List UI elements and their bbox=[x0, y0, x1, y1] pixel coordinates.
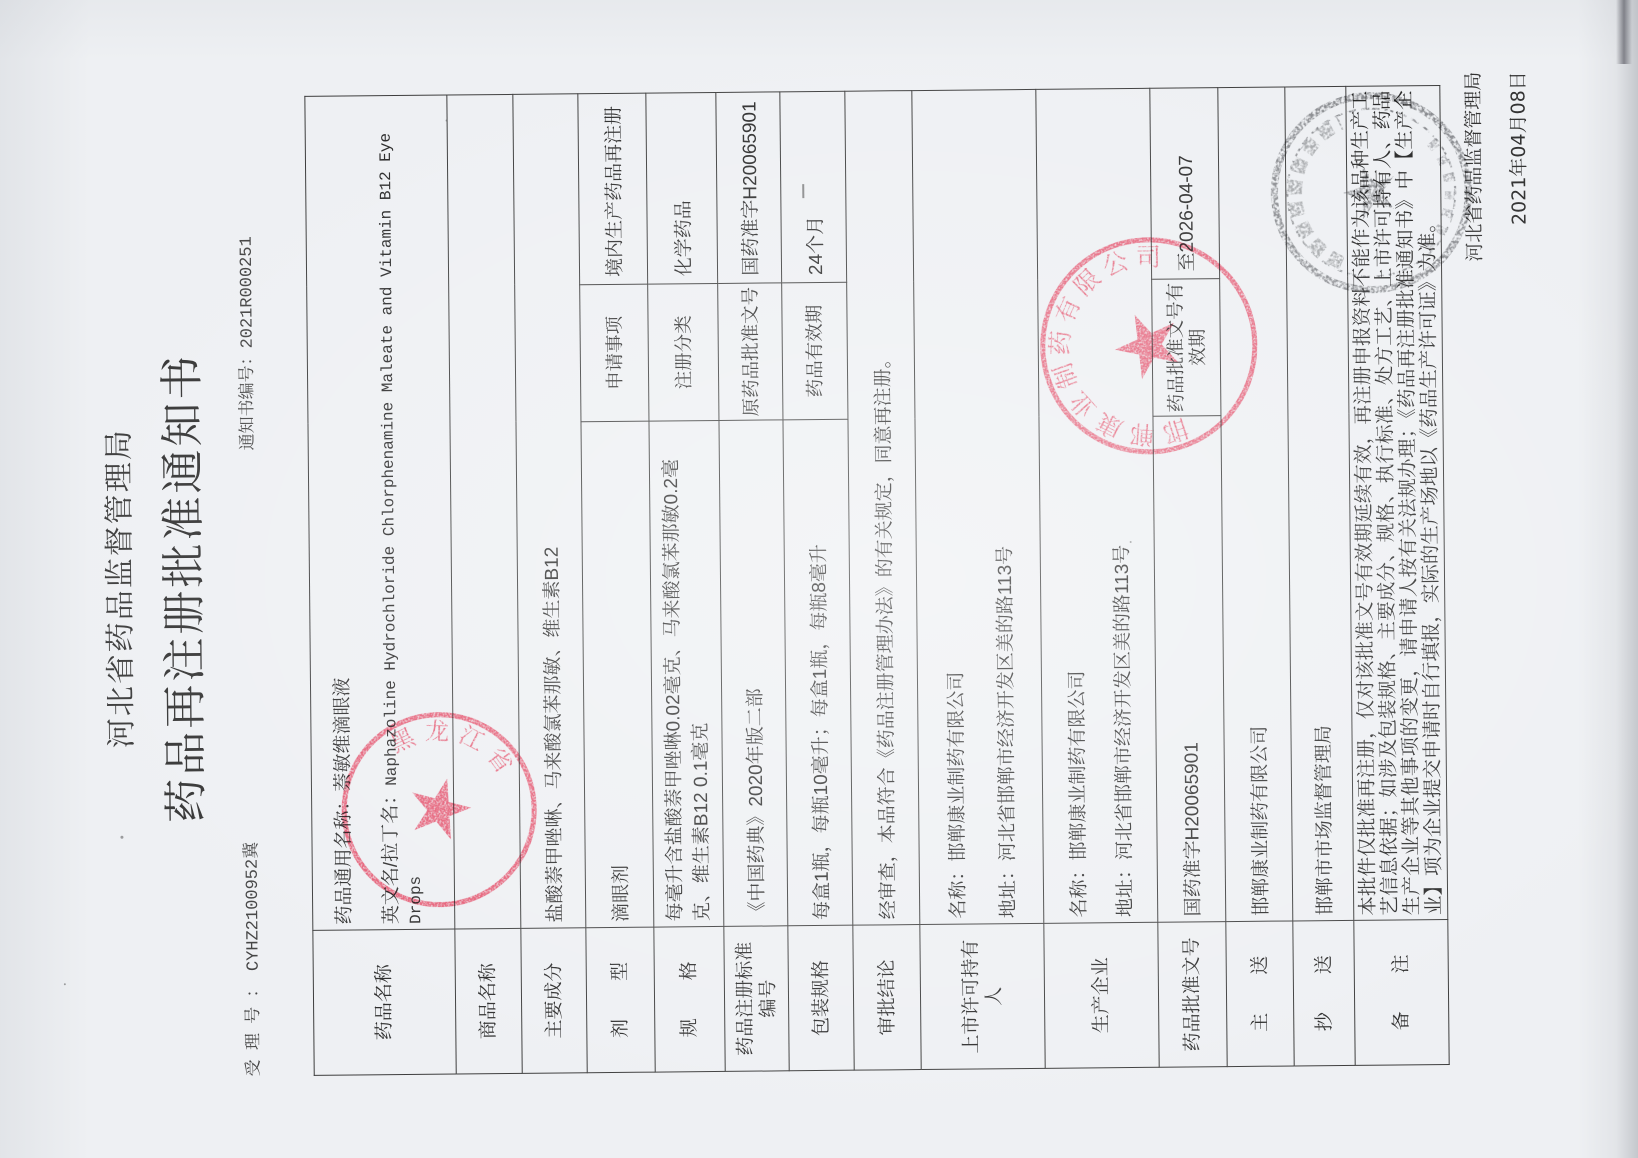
value-dosage-form: 滴眼剂 bbox=[581, 421, 654, 928]
label-drug-name: 药品名称 bbox=[313, 929, 456, 1075]
label-packaging: 包装规格 bbox=[788, 925, 854, 1071]
issue-date: 2021年04月08日 bbox=[1506, 71, 1531, 225]
value-specification: 每毫升含盐酸萘甲唑啉0.02毫克、马来酸氯苯那敏0.2毫克、维生素B12 0.1… bbox=[649, 420, 724, 927]
seal-star-icon bbox=[403, 771, 476, 842]
authority-seal-icon bbox=[1264, 86, 1478, 300]
label-dosage-form: 剂型 bbox=[586, 927, 655, 1073]
document-title: 药品再注册批准通知书 bbox=[154, 98, 215, 1077]
manufacturer-address-line: 地址：河北省邯郸市经济开发区美的路113号 bbox=[1103, 94, 1138, 917]
value-original-approval-number: 国药准字H20065901 bbox=[716, 92, 782, 284]
scan-speck bbox=[1130, 541, 1132, 543]
label-remarks: 备注 bbox=[1354, 919, 1449, 1065]
scan-mark bbox=[802, 184, 804, 198]
scan-speck bbox=[64, 983, 66, 985]
holder-name-line: 名称：邯郸康业制药有限公司 bbox=[936, 96, 971, 919]
row-dosage-form: 剂型 滴眼剂 申请事项 境内生产药品再注册 bbox=[578, 93, 655, 1073]
row-drug-name: 药品名称 药品通用名称：萘敏维滴眼液 英文名/拉丁名：Naphazoline H… bbox=[305, 95, 456, 1075]
label-original-approval-number: 原药品批准文号 bbox=[718, 283, 783, 421]
value-registration-standard: 《中国药典》2020年版二部 bbox=[719, 420, 788, 927]
label-license-holder: 上市许可持有人 bbox=[920, 923, 1045, 1069]
notice-number-label: 通知书编号： bbox=[237, 348, 258, 450]
acceptance-number-label: 受理号： bbox=[243, 971, 264, 1077]
label-ingredients: 主要成分 bbox=[521, 928, 587, 1074]
label-approval-number: 药品批准文号 bbox=[1158, 922, 1227, 1068]
seal-star-icon bbox=[1343, 166, 1394, 220]
label-application-item: 申请事项 bbox=[580, 284, 649, 422]
acceptance-number-value: CYHZ2100952冀 bbox=[243, 842, 263, 971]
label-trade-name: 商品名称 bbox=[455, 928, 522, 1074]
scanned-document-page: 河北省药品监督管理局 药品再注册批准通知书 受理号：CYHZ2100952冀 通… bbox=[0, 0, 1638, 1158]
label-cc: 抄送 bbox=[1293, 920, 1355, 1066]
notice-number-value: 2021R000251 bbox=[238, 236, 258, 348]
value-manufacturer: 名称：邯郸康业制药有限公司 地址：河北省邯郸市经济开发区美的路113号 bbox=[1036, 88, 1158, 923]
label-registration-category: 注册分类 bbox=[648, 283, 719, 421]
value-packaging: 每盒1瓶，每瓶10毫升；每盒1瓶，每瓶8毫升 bbox=[783, 419, 853, 926]
svg-text:邯郸康业制药有限公司: 邯郸康业制药有限公司 bbox=[1034, 239, 1193, 460]
scan-speck bbox=[446, 120, 448, 122]
issuing-authority-heading: 河北省药品监督管理局 bbox=[98, 99, 143, 1078]
row-ingredients: 主要成分 盐酸萘甲唑啉、马来酸氯苯那敏、维生素B12 bbox=[513, 94, 587, 1074]
row-specification: 规格 每毫升含盐酸萘甲唑啉0.02毫克、马来酸氯苯那敏0.2毫克、维生素B12 … bbox=[646, 92, 725, 1072]
label-recipient: 主送 bbox=[1226, 921, 1294, 1067]
value-shelf-life: 24个月 bbox=[780, 91, 847, 283]
value-license-holder: 名称：邯郸康业制药有限公司 地址：河北省邯郸市经济开发区美的路113号 bbox=[912, 89, 1044, 924]
label-conclusion: 审批结论 bbox=[853, 925, 921, 1071]
scan-edge-streak bbox=[1616, 0, 1632, 64]
company-seal-icon: 邯郸康业制药有限公司 bbox=[1032, 229, 1266, 463]
label-shelf-life: 药品有效期 bbox=[782, 282, 848, 420]
value-application-item: 境内生产药品再注册 bbox=[578, 93, 648, 285]
row-trade-name: 商品名称 bbox=[447, 94, 522, 1074]
notice-number: 通知书编号：2021R000251 bbox=[235, 236, 261, 450]
seal-star-icon bbox=[1111, 311, 1179, 382]
row-conclusion: 审批结论 经审查，本品符合《药品注册管理办法》的有关规定，同意再注册。 bbox=[845, 91, 921, 1071]
value-approval-number: 国药准字H20065901 bbox=[1153, 416, 1226, 923]
label-specification: 规格 bbox=[654, 926, 725, 1072]
scan-speck bbox=[120, 836, 123, 839]
red-seal-icon: 黑龙江省 bbox=[333, 704, 545, 916]
label-registration-standard: 药品注册标准编号 bbox=[724, 926, 789, 1072]
row-packaging: 包装规格 每盒1瓶，每瓶10毫升；每盒1瓶，每瓶8毫升 药品有效期 24个月 bbox=[780, 91, 854, 1071]
seal-2-text: 邯郸康业制药有限公司 bbox=[1034, 239, 1193, 460]
row-license-holder: 上市许可持有人 名称：邯郸康业制药有限公司 地址：河北省邯郸市经济开发区美的路1… bbox=[912, 89, 1045, 1069]
label-manufacturer: 生产企业 bbox=[1044, 922, 1159, 1068]
rotated-scan: 河北省药品监督管理局 药品再注册批准通知书 受理号：CYHZ2100952冀 通… bbox=[0, 0, 1638, 1158]
manufacturer-name-line: 名称：邯郸康业制药有限公司 bbox=[1056, 94, 1091, 917]
re-registration-notice: 河北省药品监督管理局 药品再注册批准通知书 受理号：CYHZ2100952冀 通… bbox=[0, 0, 1638, 1158]
holder-address-line: 地址：河北省邯郸市经济开发区美的路113号 bbox=[985, 95, 1020, 918]
row-registration-standard: 药品注册标准编号 《中国药典》2020年版二部 原药品批准文号 国药准字H200… bbox=[716, 92, 789, 1072]
value-registration-category: 化学药品 bbox=[646, 92, 718, 284]
acceptance-number: 受理号：CYHZ2100952冀 bbox=[240, 842, 266, 1077]
value-conclusion: 经审查，本品符合《药品注册管理办法》的有关规定，同意再注册。 bbox=[845, 91, 920, 926]
